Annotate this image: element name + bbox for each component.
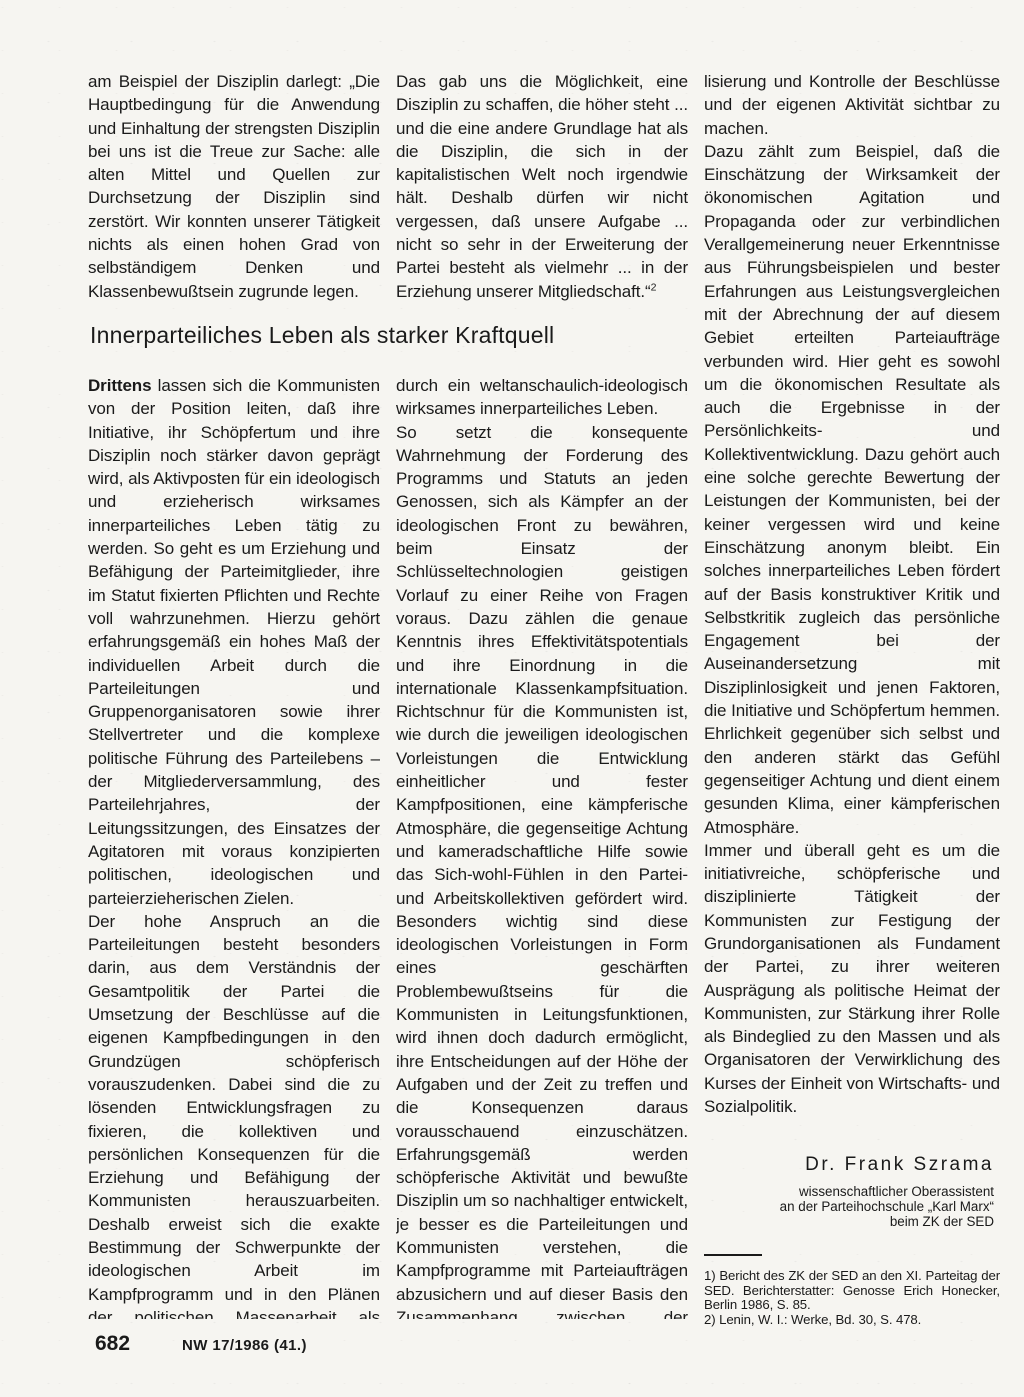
paragraph: So setzt die konsequente Wahrnehmung der… bbox=[396, 421, 688, 1319]
journal-issue: NW 17/1986 (41.) bbox=[182, 1337, 307, 1354]
author-title-line: wissenschaftlicher Oberassistent bbox=[704, 1185, 994, 1200]
paragraph: durch ein weltanschaulich-ideologisch wi… bbox=[396, 374, 688, 421]
page-number: 682 bbox=[95, 1332, 130, 1356]
author-block: Dr. Frank Szrama wissenschaftlicher Ober… bbox=[704, 1154, 1000, 1229]
paragraph-text: lassen sich die Kommunisten von der Posi… bbox=[88, 376, 380, 908]
body-text-row: Drittens lassen sich die Kommunisten von… bbox=[88, 374, 688, 1319]
paragraph: Der hohe Anspruch an die Parteileitungen… bbox=[88, 910, 380, 1319]
paragraph: lisierung und Kontrolle der Beschlüsse u… bbox=[704, 70, 1000, 140]
footnote-1: 1) Bericht des ZK der SED an den XI. Par… bbox=[704, 1269, 1000, 1313]
lead-word: Drittens bbox=[88, 376, 151, 395]
footnote-block: 1) Bericht des ZK der SED an den XI. Par… bbox=[704, 1254, 1000, 1328]
page-content: am Beispiel der Disziplin darlegt: „Die … bbox=[88, 70, 1000, 1328]
intro-quote-col1: am Beispiel der Disziplin darlegt: „Die … bbox=[88, 70, 380, 310]
footnote-2: 2) Lenin, W. I.: Werke, Bd. 30, S. 478. bbox=[704, 1313, 1000, 1328]
body-col3: lisierung und Kontrolle der Beschlüsse u… bbox=[704, 70, 1000, 1328]
intro-quote-row: am Beispiel der Disziplin darlegt: „Die … bbox=[88, 70, 688, 310]
paragraph: Drittens lassen sich die Kommunisten von… bbox=[88, 374, 380, 910]
intro-quote-col2: Das gab uns die Möglichkeit, eine Diszip… bbox=[396, 70, 688, 310]
section-heading: Innerparteiliches Leben als starker Kraf… bbox=[90, 320, 688, 350]
paragraph: Das gab uns die Möglichkeit, eine Diszip… bbox=[396, 70, 688, 303]
left-two-column-zone: am Beispiel der Disziplin darlegt: „Die … bbox=[88, 70, 688, 1328]
paragraph: am Beispiel der Disziplin darlegt: „Die … bbox=[88, 70, 380, 303]
paragraph: Dazu zählt zum Beispiel, daß die Einschä… bbox=[704, 140, 1000, 839]
body-col1: Drittens lassen sich die Kommunisten von… bbox=[88, 374, 380, 1319]
footnote-reference-2: 2 bbox=[651, 281, 657, 293]
footnote-divider bbox=[704, 1254, 762, 1256]
author-name: Dr. Frank Szrama bbox=[704, 1154, 994, 1176]
page-footer: 682 NW 17/1986 (41.) bbox=[95, 1332, 307, 1356]
author-title-line: beim ZK der SED bbox=[704, 1215, 994, 1230]
author-title-line: an der Parteihochschule „Karl Marx“ bbox=[704, 1200, 994, 1215]
magazine-page: am Beispiel der Disziplin darlegt: „Die … bbox=[0, 0, 1024, 1397]
body-col2: durch ein weltanschaulich-ideologisch wi… bbox=[396, 374, 688, 1319]
paragraph: Immer und überall geht es um die initiat… bbox=[704, 839, 1000, 1119]
quote-text: Das gab uns die Möglichkeit, eine Diszip… bbox=[396, 72, 688, 301]
